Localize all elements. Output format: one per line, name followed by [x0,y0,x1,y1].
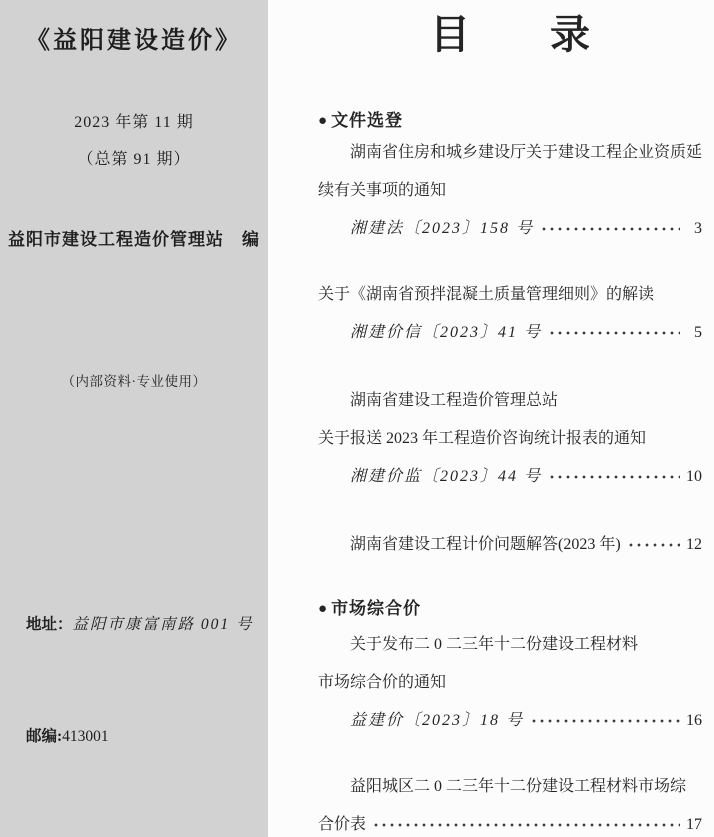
section-heading-label: 文件选登 [331,108,403,134]
toc-title: 目 录 [318,6,702,64]
toc-entry-title-line: 湖南省建设工程计价问题解答(2023 年) [350,526,621,564]
publisher-line: 益阳市建设工程造价管理站 编 [0,225,268,250]
dot-leader-icon [530,715,680,727]
toc-entry-title-line: 关于发布二 0 二三年十二份建设工程材料 [318,626,702,664]
usage-note: （内部资料·专业使用） [0,370,268,390]
bullet-icon: ● [318,596,328,622]
dot-leader-icon [548,471,680,483]
section-heading-documents: ● 文件选登 [318,108,702,134]
dot-leader-icon [548,327,680,339]
toc-entry-title-line: 市场综合价的通知 [318,664,702,702]
toc-entry-title-line: 续有关事项的通知 [318,172,702,210]
page-number: 3 [686,210,702,248]
postcode-line: 邮编:413001 [0,724,268,746]
doc-number: 湘建法〔2023〕158 号 [350,210,534,248]
page-number: 16 [686,702,702,740]
section-heading-label: 市场综合价 [331,596,421,622]
toc-entry-line: 合价表 17 [318,806,702,837]
toc-entry-title-line: 关于《湖南省预拌混凝土质量管理细则》的解读 [318,276,702,314]
toc-entry-title-line: 合价表 [318,806,366,837]
toc-ref-line: 益建价〔2023〕18 号 16 [318,702,702,740]
doc-number: 湘建价监〔2023〕44 号 [350,458,542,496]
journal-title: 《益阳建设造价》 [0,20,268,55]
toc-ref-line: 湘建价信〔2023〕41 号 5 [318,314,702,352]
toc-ref-line: 湘建法〔2023〕158 号 3 [318,210,702,248]
toc-entry-title-line: 湖南省建设工程造价管理总站 [318,382,702,420]
page-number: 12 [686,526,702,564]
section-heading-market-prices: ● 市场综合价 [318,596,702,622]
dot-leader-icon [627,539,680,551]
address-line: 地址：益阳市康富南路 001 号 [0,612,268,634]
issue-number: 2023 年第 11 期 [0,109,268,132]
dot-leader-icon [540,223,680,235]
toc-panel: 目 录 ● 文件选登 湖南省住房和城乡建设厅关于建设工程企业资质延 续有关事项的… [268,0,714,837]
page-number: 10 [686,458,702,496]
address-label: 地址： [26,616,73,633]
toc-ref-line: 湘建价监〔2023〕44 号 10 [318,458,702,496]
postcode-label: 邮编: [26,728,62,745]
toc-entry-title-line: 关于报送 2023 年工程造价咨询统计报表的通知 [318,420,702,458]
toc-entry-line: 湖南省建设工程计价问题解答(2023 年) 12 [318,526,702,564]
toc-entry-title-line: 湖南省住房和城乡建设厅关于建设工程企业资质延 [318,134,702,172]
magazine-toc-page: 《益阳建设造价》 2023 年第 11 期 （总第 91 期） 益阳市建设工程造… [0,0,714,837]
page-number: 17 [686,806,702,837]
address-value: 益阳市康富南路 001 号 [73,616,254,633]
postcode-value: 413001 [62,728,109,745]
bullet-icon: ● [318,108,328,134]
cumulative-issue-number: （总第 91 期） [0,146,268,169]
toc-entry-title-line: 益阳城区二 0 二三年十二份建设工程材料市场综 [318,768,702,806]
doc-number: 湘建价信〔2023〕41 号 [350,314,542,352]
masthead-panel: 《益阳建设造价》 2023 年第 11 期 （总第 91 期） 益阳市建设工程造… [0,0,268,837]
dot-leader-icon [372,819,680,831]
page-number: 5 [686,314,702,352]
doc-number: 益建价〔2023〕18 号 [350,702,524,740]
